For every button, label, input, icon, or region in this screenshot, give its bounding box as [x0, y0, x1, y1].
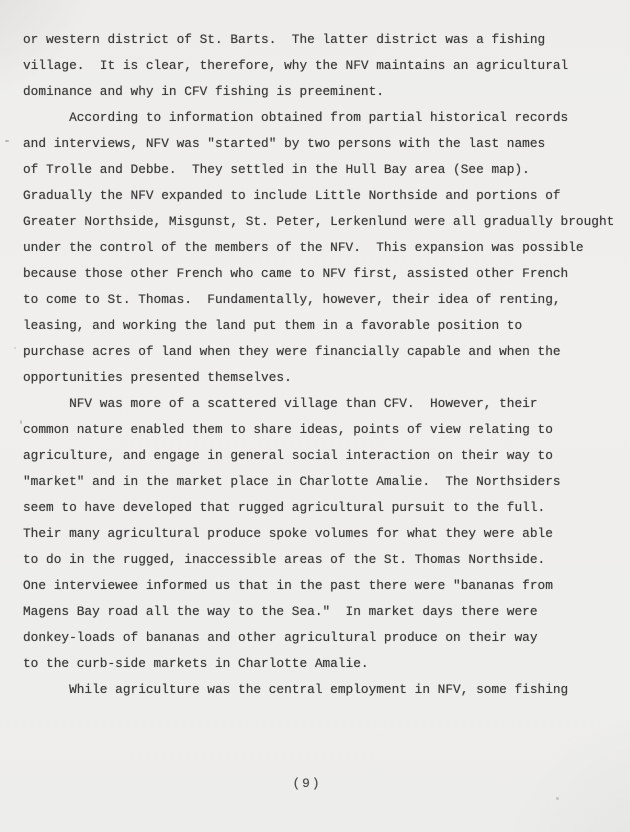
text-line: According to information obtained from p…: [23, 105, 623, 131]
text-line: agriculture, and engage in general socia…: [23, 443, 623, 469]
text-line: dominance and why in CFV fishing is pree…: [23, 79, 623, 105]
text-line: One interviewee informed us that in the …: [23, 573, 623, 599]
text-line: While agriculture was the central employ…: [23, 677, 623, 703]
scan-speck: [14, 347, 16, 349]
text-line: to the curb-side markets in Charlotte Am…: [23, 651, 623, 677]
typewritten-text: or western district of St. Barts. The la…: [23, 27, 623, 703]
text-line: of Trolle and Debbe. They settled in the…: [23, 157, 623, 183]
text-line: to do in the rugged, inaccessible areas …: [23, 547, 623, 573]
text-line: Greater Northside, Misgunst, St. Peter, …: [23, 209, 623, 235]
text-line: or western district of St. Barts. The la…: [23, 27, 623, 53]
text-line: donkey-loads of bananas and other agricu…: [23, 625, 623, 651]
scan-speck: [5, 140, 9, 142]
text-line: purchase acres of land when they were fi…: [23, 339, 623, 365]
document-page: or western district of St. Barts. The la…: [0, 0, 630, 832]
text-line: to come to St. Thomas. Fundamentally, ho…: [23, 287, 623, 313]
text-line: opportunities presented themselves.: [23, 365, 623, 391]
text-line: seem to have developed that rugged agric…: [23, 495, 623, 521]
text-line: leasing, and working the land put them i…: [23, 313, 623, 339]
text-line: common nature enabled them to share idea…: [23, 417, 623, 443]
text-line: village. It is clear, therefore, why the…: [23, 53, 623, 79]
text-line: "market" and in the market place in Char…: [23, 469, 623, 495]
text-line: Gradually the NFV expanded to include Li…: [23, 183, 623, 209]
text-line: and interviews, NFV was "started" by two…: [23, 131, 623, 157]
scan-speck: [20, 420, 22, 424]
text-line: Their many agricultural produce spoke vo…: [23, 521, 623, 547]
text-line: because those other French who came to N…: [23, 261, 623, 287]
text-line: Magens Bay road all the way to the Sea."…: [23, 599, 623, 625]
text-line: under the control of the members of the …: [23, 235, 623, 261]
scan-speck: [556, 797, 559, 800]
text-line: NFV was more of a scattered village than…: [23, 391, 623, 417]
page-number: (9): [0, 771, 614, 797]
